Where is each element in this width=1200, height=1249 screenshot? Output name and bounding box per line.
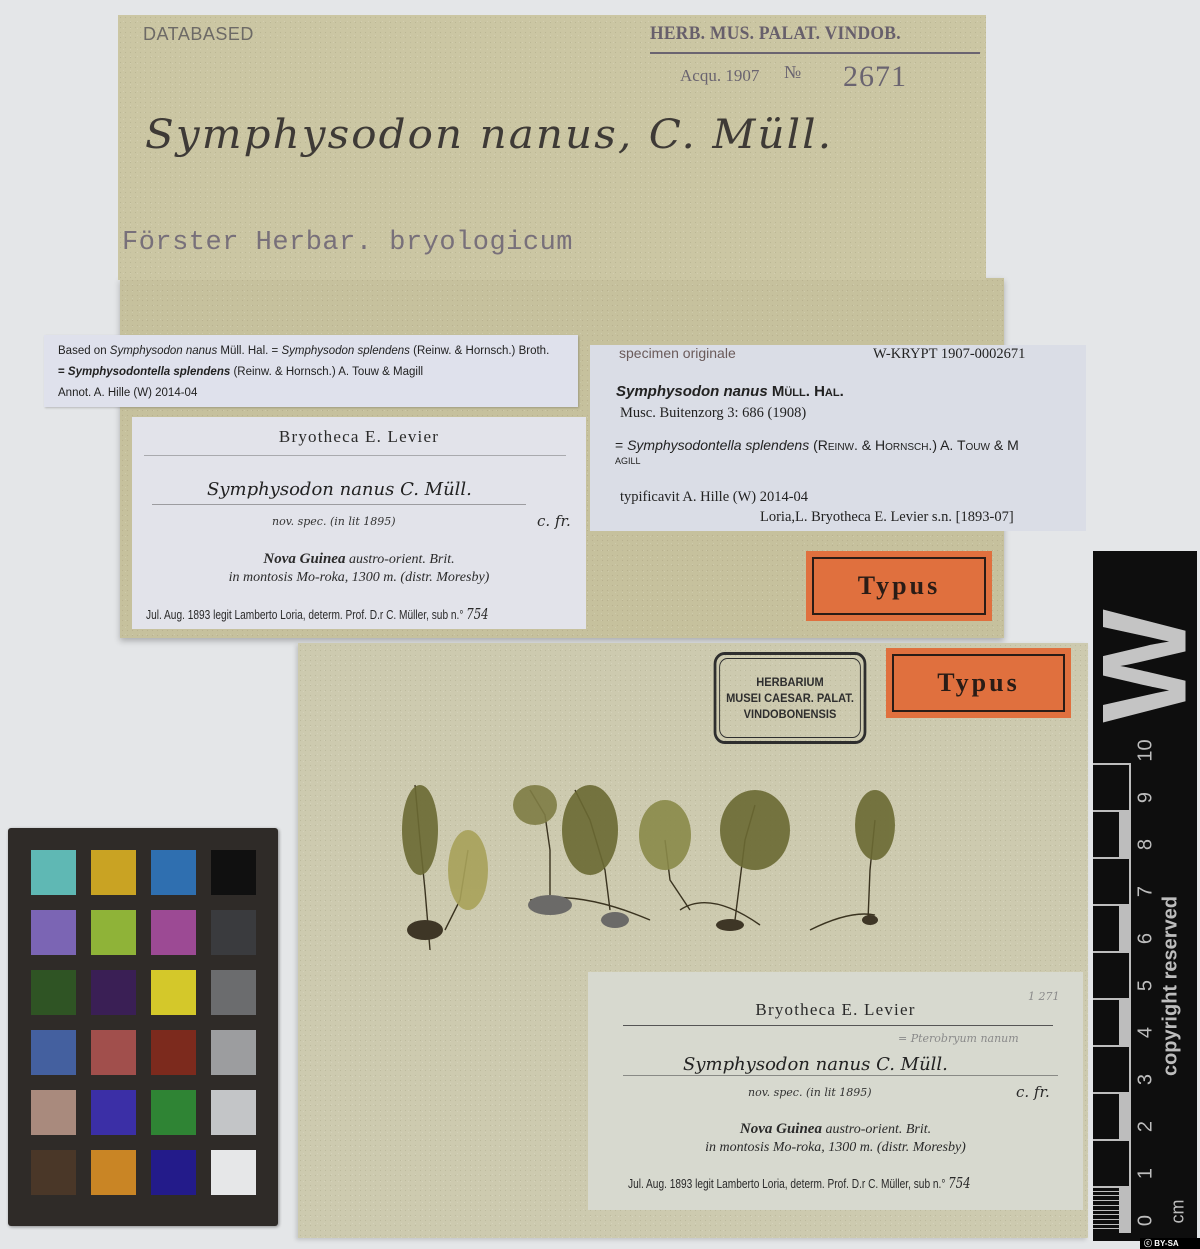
color-swatch — [91, 910, 136, 955]
handwritten-note: nov. spec. (in lit 1895) — [272, 515, 396, 528]
acquisition-year: Acqu. 1907 — [680, 66, 759, 86]
locality: Nova Guinea austro-orient. Brit. in mont… — [588, 1120, 1083, 1157]
pencil-note: = Pterobryum nanum — [898, 1032, 1019, 1045]
color-swatch — [151, 1090, 196, 1135]
color-calibration-chart — [8, 828, 278, 1226]
bryotheca-label-upper: Bryotheca E. Levier Symphysodon nanus C.… — [132, 417, 586, 629]
collection-stamp: Förster Herbar. bryologicum — [122, 228, 573, 258]
label-header: Bryotheca E. Levier — [588, 1000, 1083, 1020]
label-header: Bryotheca E. Levier — [132, 427, 586, 447]
acquisition-number: 2671 — [843, 60, 907, 94]
color-swatch — [151, 1030, 196, 1075]
fruiting-note: c. fr. — [1016, 1083, 1050, 1101]
color-swatch — [31, 1090, 76, 1135]
museum-logo: W — [1101, 591, 1189, 741]
collector-line: Jul. Aug. 1893 legit Lamberto Loria, det… — [146, 605, 489, 623]
divider — [144, 455, 566, 456]
locality: Nova Guinea austro-orient. Brit. in mont… — [132, 550, 586, 587]
color-swatch — [211, 1030, 256, 1075]
writing-line — [623, 1075, 1058, 1076]
divider — [623, 1025, 1053, 1026]
color-swatch — [151, 850, 196, 895]
scale-ruler: W 012345678910 cm copyright reserved — [1093, 551, 1197, 1241]
copyright-text: copyright reserved — [1155, 751, 1187, 1221]
color-swatch — [31, 850, 76, 895]
color-swatch — [31, 1030, 76, 1075]
writing-line — [152, 504, 526, 505]
handwritten-name: Symphysodon nanus C. Müll. — [207, 479, 472, 500]
color-swatch — [211, 850, 256, 895]
annotation-label: Based on Symphysodon nanus Müll. Hal. = … — [44, 335, 578, 407]
specimen-status: specimen originale — [619, 345, 736, 361]
bryotheca-label-lower: 1 271 Bryotheca E. Levier = Pterobryum n… — [588, 972, 1083, 1210]
annotation-line-3: Annot. A. Hille (W) 2014-04 — [58, 383, 564, 404]
cc-license-badge: ⓒ BY-SA — [1140, 1238, 1200, 1249]
color-swatch — [91, 970, 136, 1015]
typus-label-lower: Typus — [886, 648, 1071, 718]
color-swatch — [91, 1150, 136, 1195]
typification: typificavit A. Hille (W) 2014-04 — [620, 489, 808, 506]
color-swatch — [31, 970, 76, 1015]
annotation-line-2: = Symphysodontella splendens (Reinw. & H… — [58, 362, 564, 383]
color-swatch — [211, 1090, 256, 1135]
color-swatch — [91, 850, 136, 895]
annotation-line-1: Based on Symphysodon nanus Müll. Hal. = … — [58, 341, 564, 362]
stamp-divider — [650, 52, 980, 54]
institution-stamp: HERB. MUS. PALAT. VINDOB. — [650, 23, 901, 45]
fruiting-note: c. fr. — [537, 512, 571, 530]
collection-reference: Loria,L. Bryotheca E. Levier s.n. [1893-… — [760, 509, 1014, 526]
moss-specimens — [380, 760, 980, 960]
synonym: = Symphysodontella splendens (Reinw. & H… — [615, 438, 1065, 468]
herbarium-stamp: HERBARIUM MUSEI CAESAR. PALAT. VINDOBONE… — [714, 652, 867, 744]
databased-stamp: DATABASED — [143, 24, 254, 45]
color-swatch — [31, 910, 76, 955]
scale-bars — [1093, 749, 1130, 1233]
typus-label-upper: Typus — [806, 551, 992, 621]
number-symbol: № — [784, 62, 801, 83]
color-swatch — [91, 1090, 136, 1135]
color-swatch — [151, 910, 196, 955]
handwritten-taxon-name: Symphysodon nanus, C. Müll. — [145, 112, 833, 158]
color-swatch — [151, 1150, 196, 1195]
publication: Musc. Buitenzorg 3: 686 (1908) — [620, 405, 806, 422]
specimen-label: specimen originale W-KRYPT 1907-0002671 … — [590, 345, 1086, 531]
color-swatch — [211, 1150, 256, 1195]
color-swatch — [31, 1150, 76, 1195]
barcode-id: W-KRYPT 1907-0002671 — [873, 346, 1025, 363]
color-swatch — [91, 1030, 136, 1075]
collector-line: Jul. Aug. 1893 legit Lamberto Loria, det… — [628, 1174, 983, 1192]
color-swatch — [151, 970, 196, 1015]
color-swatch — [211, 910, 256, 955]
color-swatch — [211, 970, 256, 1015]
handwritten-name: Symphysodon nanus C. Müll. — [683, 1054, 948, 1075]
handwritten-note: nov. spec. (in lit 1895) — [748, 1086, 872, 1099]
taxon-name: Symphysodon nanus Müll. Hal. — [616, 383, 844, 400]
